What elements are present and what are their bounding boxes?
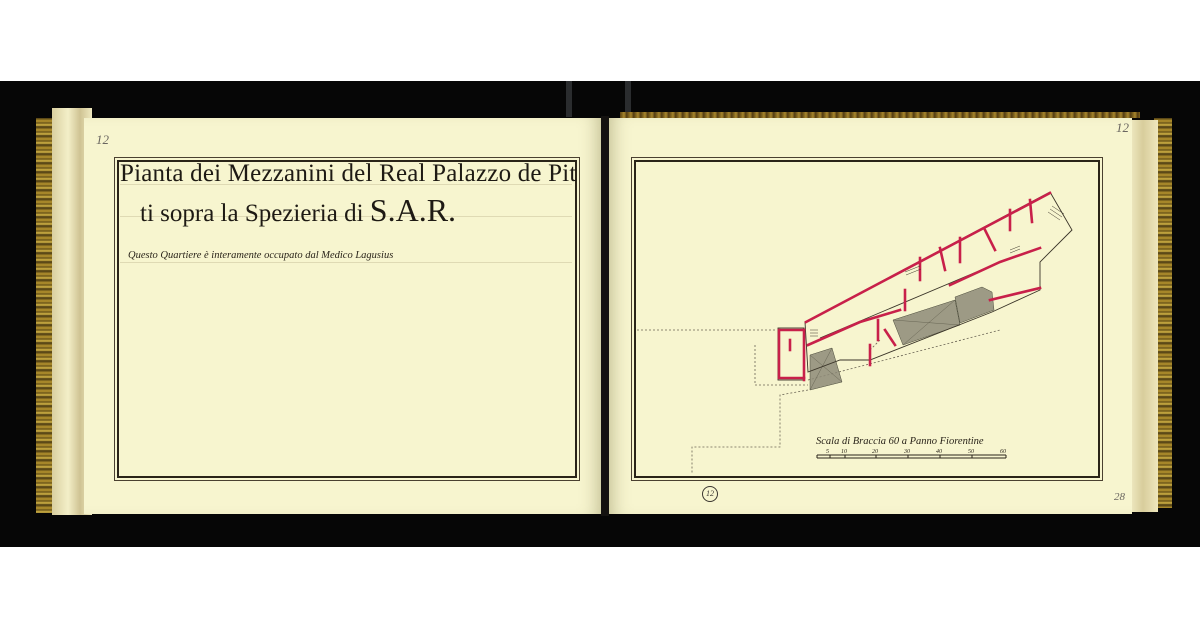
scale-tick-label: 60 xyxy=(1000,449,1006,455)
occupant-note: Questo Quartiere è interamente occupato … xyxy=(128,250,393,261)
stamp-number: 12 xyxy=(702,486,718,502)
scale-tick-label: 50 xyxy=(968,449,974,455)
scale-tick-label: 5 xyxy=(826,449,829,455)
scale-tick-label: 20 xyxy=(872,449,878,455)
scale-tick-label: 40 xyxy=(936,448,942,455)
plan-title-line-1: Pianta dei Mezzanini del Real Palazzo de… xyxy=(120,160,577,188)
floor-plan-drawing: 5 10 20 30 40 50 60 xyxy=(636,162,1098,476)
left-folio-number: 12 xyxy=(96,132,109,148)
scale-tick-label: 10 xyxy=(841,449,847,455)
ruled-line xyxy=(120,262,572,263)
page-stack-right xyxy=(1128,120,1158,512)
scale-tick-label: 30 xyxy=(903,449,910,455)
book-gutter xyxy=(601,116,609,516)
plan-title-sar: S.A.R. xyxy=(370,192,456,228)
book-strap-left xyxy=(566,81,572,117)
right-folio-number: 12 xyxy=(1116,120,1129,136)
gilt-cover-edge-left xyxy=(36,118,52,513)
plan-title-line-2-text: ti sopra la Spezieria di xyxy=(140,200,364,227)
plan-title-line-2: ti sopra la Spezieria di S.A.R. xyxy=(140,192,456,229)
page-number: 28 xyxy=(1114,491,1125,503)
scale-label: Scala di Braccia 60 a Panno Fiorentine xyxy=(816,436,984,447)
